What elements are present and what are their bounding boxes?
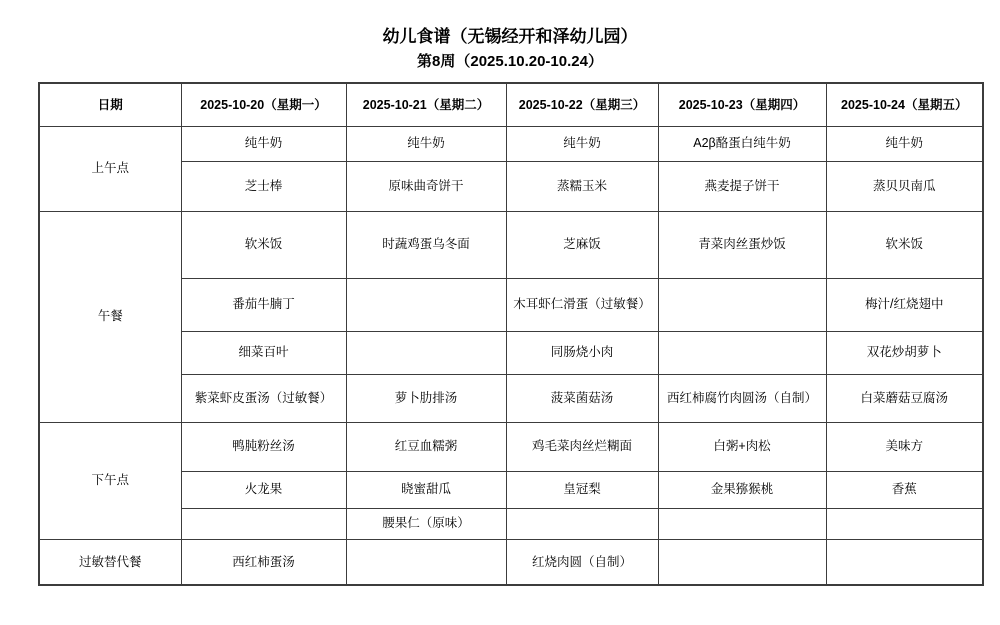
menu-cell: 软米饭 xyxy=(826,211,983,278)
menu-cell: 鸭肫粉丝汤 xyxy=(181,422,346,471)
menu-cell xyxy=(658,508,826,539)
week-subtitle: 第8周（2025.10.20-10.24） xyxy=(38,50,982,74)
menu-cell xyxy=(658,331,826,374)
menu-cell: 蒸糯玉米 xyxy=(506,161,658,211)
page-header: 幼儿食谱（无锡经开和泽幼儿园） 第8周（2025.10.20-10.24） xyxy=(38,24,982,74)
menu-cell: 西红柿腐竹肉圆汤（自制） xyxy=(658,374,826,422)
menu-cell: 燕麦提子饼干 xyxy=(658,161,826,211)
menu-cell: 火龙果 xyxy=(181,471,346,508)
menu-cell xyxy=(826,539,983,585)
menu-cell xyxy=(346,278,506,331)
menu-cell: 美味方 xyxy=(826,422,983,471)
menu-cell: 纯牛奶 xyxy=(826,126,983,161)
day-header-monday: 2025-10-20（星期一） xyxy=(181,83,346,126)
menu-cell xyxy=(506,508,658,539)
menu-cell: 同肠烧小肉 xyxy=(506,331,658,374)
menu-cell: 原味曲奇饼干 xyxy=(346,161,506,211)
date-label: 日期 xyxy=(39,83,181,126)
table-row: 上午点 纯牛奶 纯牛奶 纯牛奶 A2β酪蛋白纯牛奶 纯牛奶 xyxy=(39,126,983,161)
menu-cell: 晓蜜甜瓜 xyxy=(346,471,506,508)
section-label-allergy-substitute: 过敏替代餐 xyxy=(39,539,181,585)
page-title: 幼儿食谱（无锡经开和泽幼儿园） xyxy=(38,24,982,50)
menu-cell: 双花炒胡萝卜 xyxy=(826,331,983,374)
menu-cell: 红烧肉圆（自制） xyxy=(506,539,658,585)
day-header-friday: 2025-10-24（星期五） xyxy=(826,83,983,126)
table-row: 细菜百叶 同肠烧小肉 双花炒胡萝卜 xyxy=(39,331,983,374)
table-row: 火龙果 晓蜜甜瓜 皇冠梨 金果猕猴桃 香蕉 xyxy=(39,471,983,508)
menu-cell: 纯牛奶 xyxy=(346,126,506,161)
table-row: 紫菜虾皮蛋汤（过敏餐） 萝卜肋排汤 菠菜菌菇汤 西红柿腐竹肉圆汤（自制） 白菜蘑… xyxy=(39,374,983,422)
table-row: 芝士棒 原味曲奇饼干 蒸糯玉米 燕麦提子饼干 蒸贝贝南瓜 xyxy=(39,161,983,211)
menu-cell: 红豆血糯粥 xyxy=(346,422,506,471)
menu-table: 日期 2025-10-20（星期一） 2025-10-21（星期二） 2025-… xyxy=(38,82,984,586)
menu-cell xyxy=(658,539,826,585)
menu-cell: 芝麻饭 xyxy=(506,211,658,278)
menu-cell: 时蔬鸡蛋乌冬面 xyxy=(346,211,506,278)
menu-cell: 纯牛奶 xyxy=(506,126,658,161)
table-row: 过敏替代餐 西红柿蛋汤 红烧肉圆（自制） xyxy=(39,539,983,585)
menu-page: 幼儿食谱（无锡经开和泽幼儿园） 第8周（2025.10.20-10.24） 日期… xyxy=(0,0,1000,625)
menu-cell: 木耳虾仁滑蛋（过敏餐） xyxy=(506,278,658,331)
menu-cell: 软米饭 xyxy=(181,211,346,278)
table-row: 午餐 软米饭 时蔬鸡蛋乌冬面 芝麻饭 青菜肉丝蛋炒饭 软米饭 xyxy=(39,211,983,278)
menu-cell: 西红柿蛋汤 xyxy=(181,539,346,585)
section-label-lunch: 午餐 xyxy=(39,211,181,422)
menu-cell: 青菜肉丝蛋炒饭 xyxy=(658,211,826,278)
menu-cell: 纯牛奶 xyxy=(181,126,346,161)
menu-cell: 白菜蘑菇豆腐汤 xyxy=(826,374,983,422)
day-header-tuesday: 2025-10-21（星期二） xyxy=(346,83,506,126)
day-header-thursday: 2025-10-23（星期四） xyxy=(658,83,826,126)
menu-cell: 腰果仁（原味） xyxy=(346,508,506,539)
menu-cell: 紫菜虾皮蛋汤（过敏餐） xyxy=(181,374,346,422)
menu-cell xyxy=(346,331,506,374)
menu-cell: 番茄牛腩丁 xyxy=(181,278,346,331)
header-row: 日期 2025-10-20（星期一） 2025-10-21（星期二） 2025-… xyxy=(39,83,983,126)
section-label-morning-snack: 上午点 xyxy=(39,126,181,211)
table-row: 腰果仁（原味） xyxy=(39,508,983,539)
menu-cell: 梅汁/红烧翅中 xyxy=(826,278,983,331)
menu-cell xyxy=(181,508,346,539)
menu-cell xyxy=(658,278,826,331)
section-label-afternoon-snack: 下午点 xyxy=(39,422,181,539)
table-row: 下午点 鸭肫粉丝汤 红豆血糯粥 鸡毛菜肉丝烂糊面 白粥+肉松 美味方 xyxy=(39,422,983,471)
menu-cell: 白粥+肉松 xyxy=(658,422,826,471)
menu-cell: 芝士棒 xyxy=(181,161,346,211)
menu-cell: 萝卜肋排汤 xyxy=(346,374,506,422)
menu-cell xyxy=(826,508,983,539)
menu-cell: 蒸贝贝南瓜 xyxy=(826,161,983,211)
table-row: 番茄牛腩丁 木耳虾仁滑蛋（过敏餐） 梅汁/红烧翅中 xyxy=(39,278,983,331)
menu-cell: 皇冠梨 xyxy=(506,471,658,508)
menu-cell: 鸡毛菜肉丝烂糊面 xyxy=(506,422,658,471)
menu-cell: 香蕉 xyxy=(826,471,983,508)
day-header-wednesday: 2025-10-22（星期三） xyxy=(506,83,658,126)
menu-cell: 细菜百叶 xyxy=(181,331,346,374)
menu-cell: A2β酪蛋白纯牛奶 xyxy=(658,126,826,161)
menu-cell xyxy=(346,539,506,585)
menu-cell: 菠菜菌菇汤 xyxy=(506,374,658,422)
menu-cell: 金果猕猴桃 xyxy=(658,471,826,508)
